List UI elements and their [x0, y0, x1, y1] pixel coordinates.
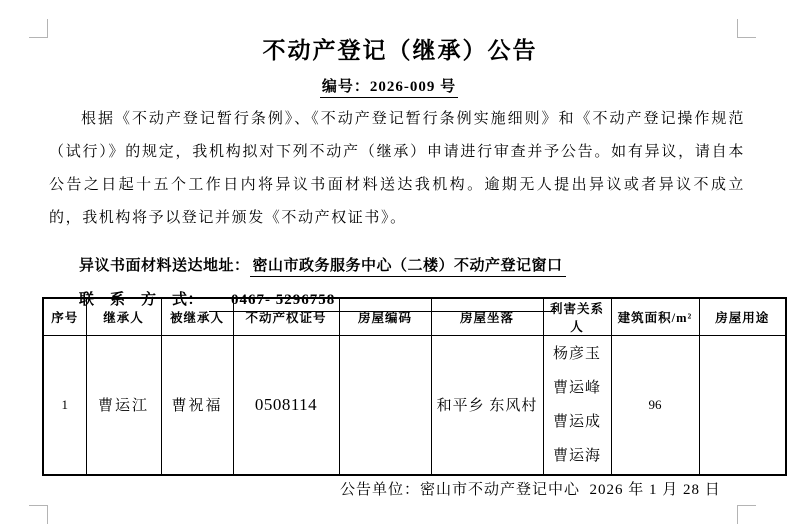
cell-seq: 1: [43, 336, 86, 475]
column-header-stakeholders: 利害关系人: [543, 298, 611, 336]
column-header-heir: 继承人: [86, 298, 161, 336]
column-header-house-code: 房屋编码: [339, 298, 431, 336]
doc-number-value: 编号：2026-009 号: [320, 79, 458, 98]
table-row: 1 曹运江 曹祝福 0508114 和平乡 东风村 杨彦玉 曹运峰 曹运成 曹运…: [43, 336, 786, 475]
page-title: 不动产登记（继承）公告: [0, 32, 800, 65]
cell-heir: 曹运江: [86, 336, 161, 475]
doc-number-line: 编号：2026-009 号: [0, 75, 778, 96]
column-header-usage: 房屋用途: [699, 298, 786, 336]
cell-decedent: 曹祝福: [161, 336, 233, 475]
column-header-cert-no: 不动产权证号: [233, 298, 339, 336]
stakeholder-name: 杨彦玉: [544, 337, 611, 371]
table-header-row: 序号 继承人 被继承人 不动产权证号 房屋编码 房屋坐落 利害关系人 建筑面积/…: [43, 298, 786, 336]
crop-mark-bottom-left: [29, 505, 48, 524]
cell-area: 96: [611, 336, 699, 475]
document-page: 不动产登记（继承）公告 编号：2026-009 号 根据《不动产登记暂行条例》、…: [0, 0, 800, 527]
column-header-seq: 序号: [43, 298, 86, 336]
cell-location: 和平乡 东风村: [431, 336, 543, 475]
column-header-location: 房屋坐落: [431, 298, 543, 336]
stakeholder-name: 曹运海: [544, 439, 611, 473]
cell-stakeholders: 杨彦玉 曹运峰 曹运成 曹运海: [543, 336, 611, 475]
column-header-decedent: 被继承人: [161, 298, 233, 336]
cell-house-code: [339, 336, 431, 475]
cell-cert-no: 0508114: [233, 336, 339, 475]
footer-issuer-date: 公告单位：密山市不动产登记中心 2026 年 1 月 28 日: [340, 478, 721, 499]
crop-mark-bottom-right: [737, 505, 756, 524]
column-header-area: 建筑面积/m²: [611, 298, 699, 336]
body-paragraph: 根据《不动产登记暂行条例》、《不动产登记暂行条例实施细则》和《不动产登记操作规范…: [49, 103, 745, 235]
stakeholder-name: 曹运峰: [544, 371, 611, 405]
stakeholder-name: 曹运成: [544, 405, 611, 439]
cell-usage: [699, 336, 786, 475]
records-table: 序号 继承人 被继承人 不动产权证号 房屋编码 房屋坐落 利害关系人 建筑面积/…: [42, 297, 787, 476]
